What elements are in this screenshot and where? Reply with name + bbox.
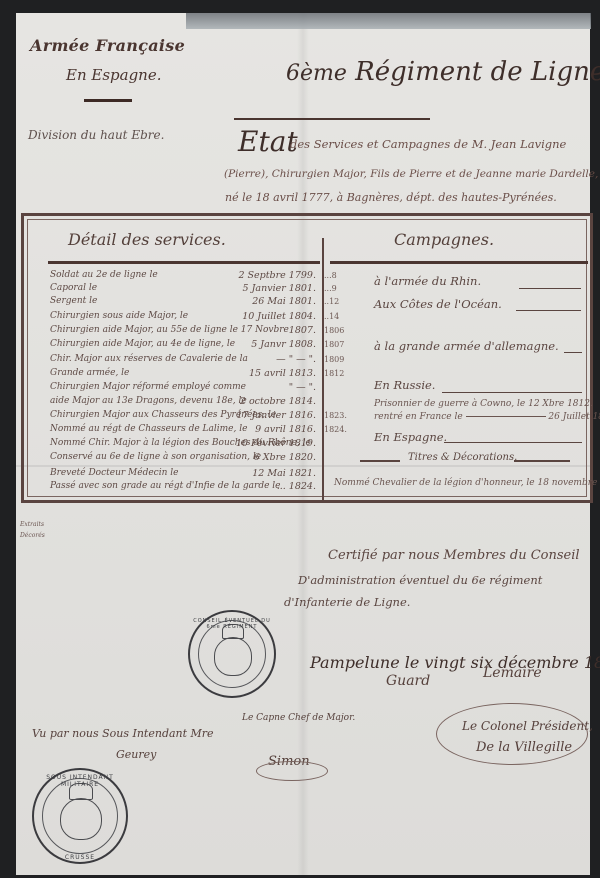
service-date: 2 octobre 1814. <box>222 396 316 407</box>
campaigns-column-header: Campagnes. <box>394 230 494 249</box>
birth-line: né le 18 avril 1777, à Bagnères, dépt. d… <box>225 191 557 204</box>
titles-heading: Titres & Décorations. <box>408 452 517 463</box>
intendant-seal: SOUS INTENDANT MILITAIRE CRUSSE <box>32 768 128 864</box>
service-entry: Nommé au régt de Chasseurs de Lalime, le <box>50 424 247 434</box>
campaign-year: ..14 <box>324 312 339 321</box>
campaign-year: 1812 <box>324 369 344 378</box>
regiment-seal: CONSEIL ÉVENTUEL DU 6me RÉGIMENT <box>188 610 276 698</box>
certification-line-3: d'Infanterie de Ligne. <box>284 595 410 609</box>
heading-underline <box>84 99 132 102</box>
campaign-year: 1806 <box>324 326 344 335</box>
campaign-line <box>442 392 582 393</box>
service-date: 17 Janvier 1816. <box>222 410 316 421</box>
etat-line: des Services et Campagnes de M. Jean Lav… <box>290 137 566 151</box>
intendant-line: Vu par nous Sous Intendant Mre <box>32 727 214 740</box>
service-entry: Chir. Major aux réserves de Cavalerie de… <box>50 354 248 364</box>
coat-of-arms-icon <box>60 798 102 840</box>
decoration-entry: Nommé Chevalier de la légion d'honneur, … <box>334 478 600 488</box>
campaign-year: ...8 <box>324 271 337 280</box>
title-underline <box>234 118 430 120</box>
campaign-line <box>444 442 582 443</box>
certification-line-1: Certifié par nous Membres du Conseil <box>328 548 580 563</box>
service-date: ... 1824. <box>222 481 316 492</box>
service-date: " — ". <box>222 382 316 393</box>
campaign-note: Prisonnier de guerre à Cowno, le 12 Xbre… <box>374 399 593 409</box>
header-rule-left <box>48 261 320 264</box>
signature-flourish <box>436 703 588 765</box>
campaign-item: En Espagne. <box>374 430 447 444</box>
campaign-note: rentré en France le 26 Juillet 1814. <box>374 412 600 422</box>
etat-word: Etat <box>238 125 298 158</box>
regiment-name: Régiment de Ligne. <box>355 57 600 87</box>
seal-text: CONSEIL ÉVENTUEL DU 6me RÉGIMENT <box>190 618 274 630</box>
service-entry: Caporal le <box>50 283 97 293</box>
campaign-item: Aux Côtes de l'Océan. <box>374 297 502 311</box>
campaign-note-date: 26 Juillet 1814. <box>548 412 600 422</box>
seal-text-top: SOUS INTENDANT MILITAIRE <box>34 774 126 788</box>
service-entry: Grande armée, le <box>50 368 129 378</box>
campaign-year: 1824. <box>324 425 347 434</box>
service-entry: Breveté Docteur Médecin le <box>50 468 178 478</box>
army-heading: Armée Française <box>30 36 185 55</box>
regiment-title: 6ème Régiment de Ligne. <box>286 57 600 87</box>
service-entry: Chirurgien Major réformé employé comme <box>50 382 246 392</box>
document-sheet: Armée Française En Espagne. Division du … <box>16 13 590 875</box>
service-date: 5 Janvr 1808. <box>222 339 316 350</box>
campaign-note-text: rentré en France le <box>374 412 463 422</box>
service-date: 1807. <box>222 325 316 336</box>
service-date: 10 Juillet 1804. <box>222 311 316 322</box>
service-entry: Sergent le <box>50 296 97 306</box>
campaign-item: à la grande armée d'allemagne. <box>374 339 559 353</box>
campaign-line <box>519 288 581 289</box>
intendant-signature: Geurey <box>116 748 156 761</box>
signature-lemaire: Lemaire <box>483 665 542 681</box>
campaign-year: 1809 <box>324 355 344 364</box>
service-date: 15 avril 1813. <box>222 368 316 379</box>
campaign-item: à l'armée du Rhin. <box>374 274 481 288</box>
campaign-item: En Russie. <box>374 378 435 392</box>
signature-flourish <box>256 761 328 781</box>
service-date: 5 Janvier 1801. <box>222 283 316 294</box>
signature-guard: Guard <box>386 673 430 689</box>
campaign-year: 1823. <box>324 411 347 420</box>
titles-rule-right <box>514 460 570 462</box>
services-column-header: Détail des services. <box>68 230 226 249</box>
campaign-line <box>564 352 582 353</box>
campaign-year: 1807 <box>324 340 344 349</box>
identity-line: (Pierre), Chirurgien Major, Fils de Pier… <box>224 168 598 180</box>
service-date: 6 Xbre 1820. <box>222 452 316 463</box>
location-heading: En Espagne. <box>66 66 161 84</box>
services-table: Détail des services. Campagnes. Soldat a… <box>21 213 593 503</box>
service-date: 2 Septbre 1799. <box>222 270 316 281</box>
service-entry: Chirurgien sous aide Major, le <box>50 311 188 321</box>
service-entry: aide Major au 13e Dragons, devenu 18e, l… <box>50 396 247 406</box>
header-rule-right <box>330 261 588 264</box>
campaign-line <box>466 416 546 417</box>
captain-title: Le Capne Chef de Major. <box>242 713 355 723</box>
service-date: 12 Mai 1821. <box>222 468 316 479</box>
division-heading: Division du haut Ebre. <box>28 128 164 142</box>
campaign-year: ...9 <box>324 284 337 293</box>
regiment-number: 6ème <box>286 61 347 86</box>
service-date: 10 Février 1819. <box>222 438 316 449</box>
tape-strip <box>186 13 591 29</box>
service-entry: Soldat au 2e de ligne le <box>50 270 158 280</box>
margin-note: Extraits <box>20 521 44 528</box>
service-entry: Chirurgien aide Major, au 4e de ligne, l… <box>50 339 235 349</box>
certification-line-2: D'administration éventuel du 6e régiment <box>298 573 542 587</box>
campaign-line <box>516 310 581 311</box>
place-date: Pampelune le vingt six décembre 1824. <box>310 653 600 672</box>
campaign-year: ..12 <box>324 297 339 306</box>
coat-of-arms-icon <box>214 637 253 676</box>
service-date: — " — ". <box>222 354 316 365</box>
margin-note: Décorés <box>20 532 45 539</box>
titles-rule-left <box>360 460 400 462</box>
service-date: 9 avril 1816. <box>222 424 316 435</box>
seal-text-bottom: CRUSSE <box>34 854 126 861</box>
service-date: 26 Mai 1801. <box>222 296 316 307</box>
